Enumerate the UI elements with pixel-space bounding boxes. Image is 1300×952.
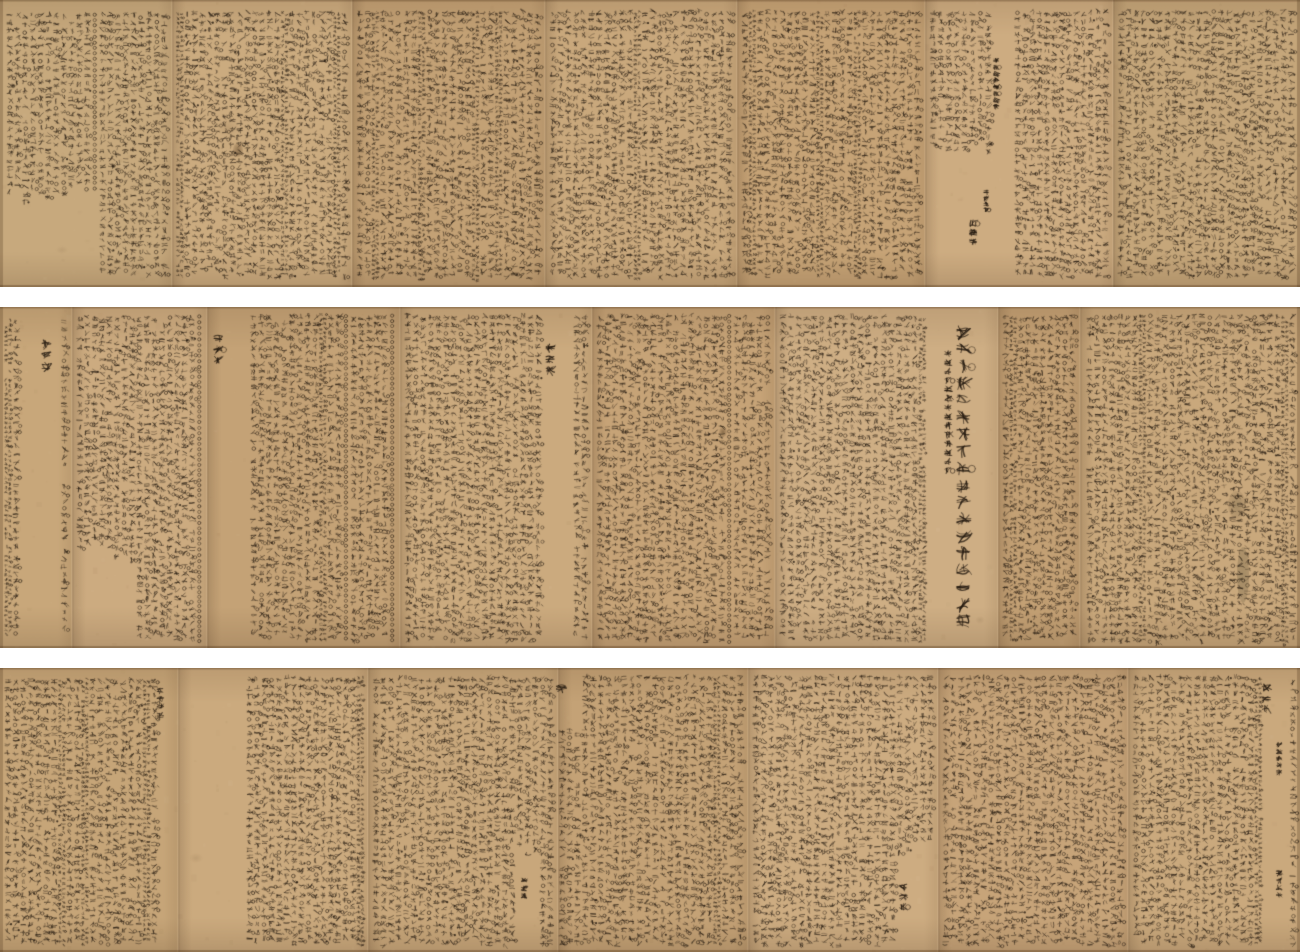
manuscript-strip-middle <box>0 307 1300 648</box>
manuscript-strip-bottom <box>0 668 1300 952</box>
manuscript-strip-top <box>0 0 1300 287</box>
manuscript-photo <box>0 0 1300 952</box>
